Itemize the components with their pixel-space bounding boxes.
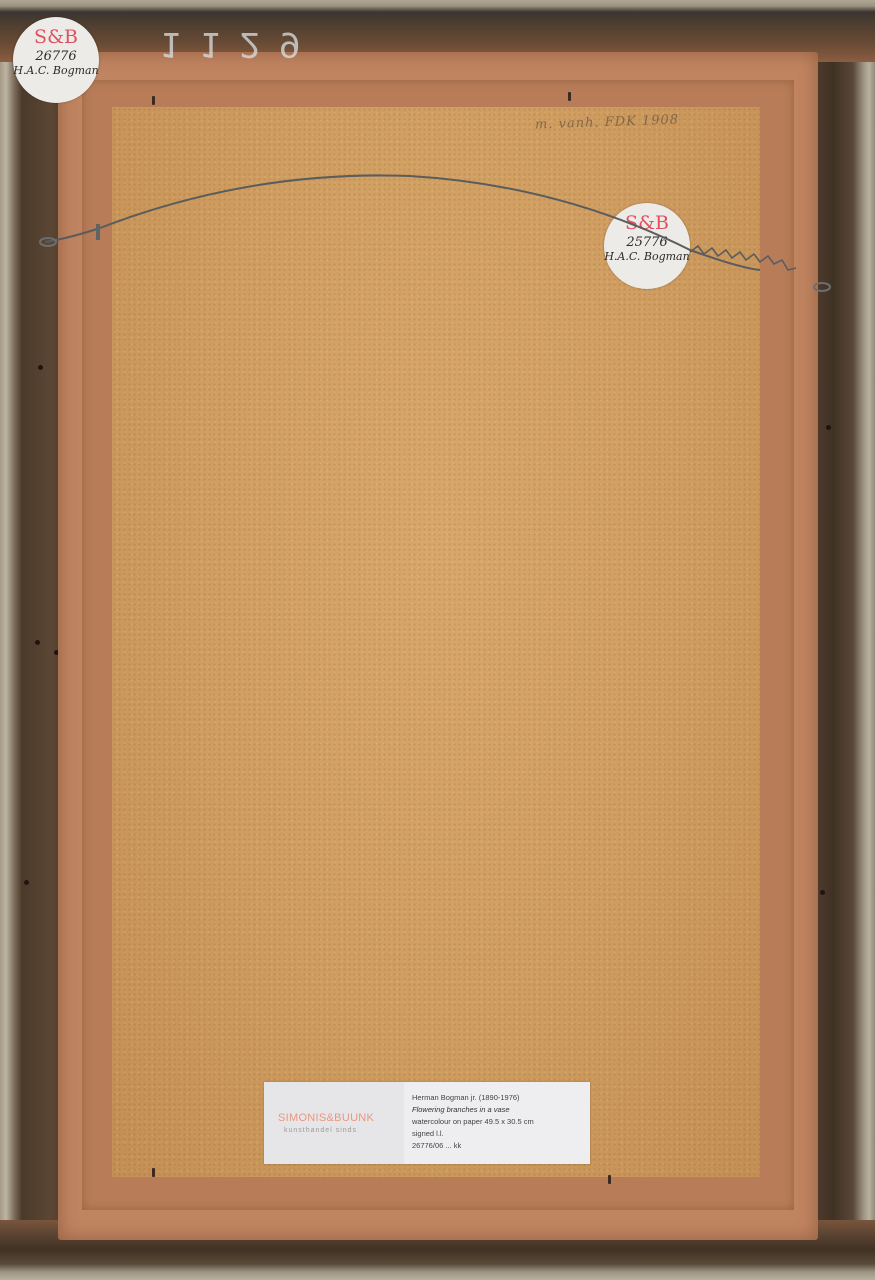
collection-sticker: S&B 26776 H.A.C. Bogman bbox=[13, 17, 99, 103]
collection-sticker: S&B 25776 H.A.C. Bogman bbox=[604, 203, 690, 289]
sticker-artist: H.A.C. Bogman bbox=[13, 64, 99, 78]
inventory-line: 26776/06 ... kk bbox=[412, 1140, 534, 1152]
nail-hole bbox=[38, 365, 43, 370]
gallery-logo-panel: SIMONIS&BUUNK kunsthandel sinds bbox=[264, 1082, 404, 1164]
gallery-label: SIMONIS&BUUNK kunsthandel sinds Herman B… bbox=[264, 1082, 590, 1164]
signature-line: signed l.l. bbox=[412, 1128, 534, 1140]
nail bbox=[152, 1168, 155, 1177]
gallery-brand: SIMONIS&BUUNK bbox=[278, 1112, 374, 1124]
artist-line: Herman Bogman jr. (1890-1976) bbox=[412, 1092, 534, 1104]
sticker-logo: S&B bbox=[13, 27, 99, 47]
nail-hole bbox=[826, 425, 831, 430]
sticker-number: 26776 bbox=[13, 49, 99, 64]
sticker-artist: H.A.C. Bogman bbox=[604, 250, 690, 264]
sticker-logo: S&B bbox=[604, 213, 690, 233]
nail bbox=[568, 92, 571, 101]
medium-line: watercolour on paper 49.5 x 30.5 cm bbox=[412, 1116, 534, 1128]
nail bbox=[152, 96, 155, 105]
nail-hole bbox=[35, 640, 40, 645]
title-line: Flowering branches in a vase bbox=[412, 1104, 534, 1116]
artwork-details: Herman Bogman jr. (1890-1976) Flowering … bbox=[412, 1092, 534, 1152]
nail-hole bbox=[820, 890, 825, 895]
sticker-number: 25776 bbox=[604, 235, 690, 250]
nail-hole bbox=[24, 880, 29, 885]
gallery-brand-sub: kunsthandel sinds bbox=[284, 1127, 357, 1134]
chalk-inventory-mark: 1129 bbox=[160, 24, 319, 64]
nail bbox=[608, 1175, 611, 1184]
